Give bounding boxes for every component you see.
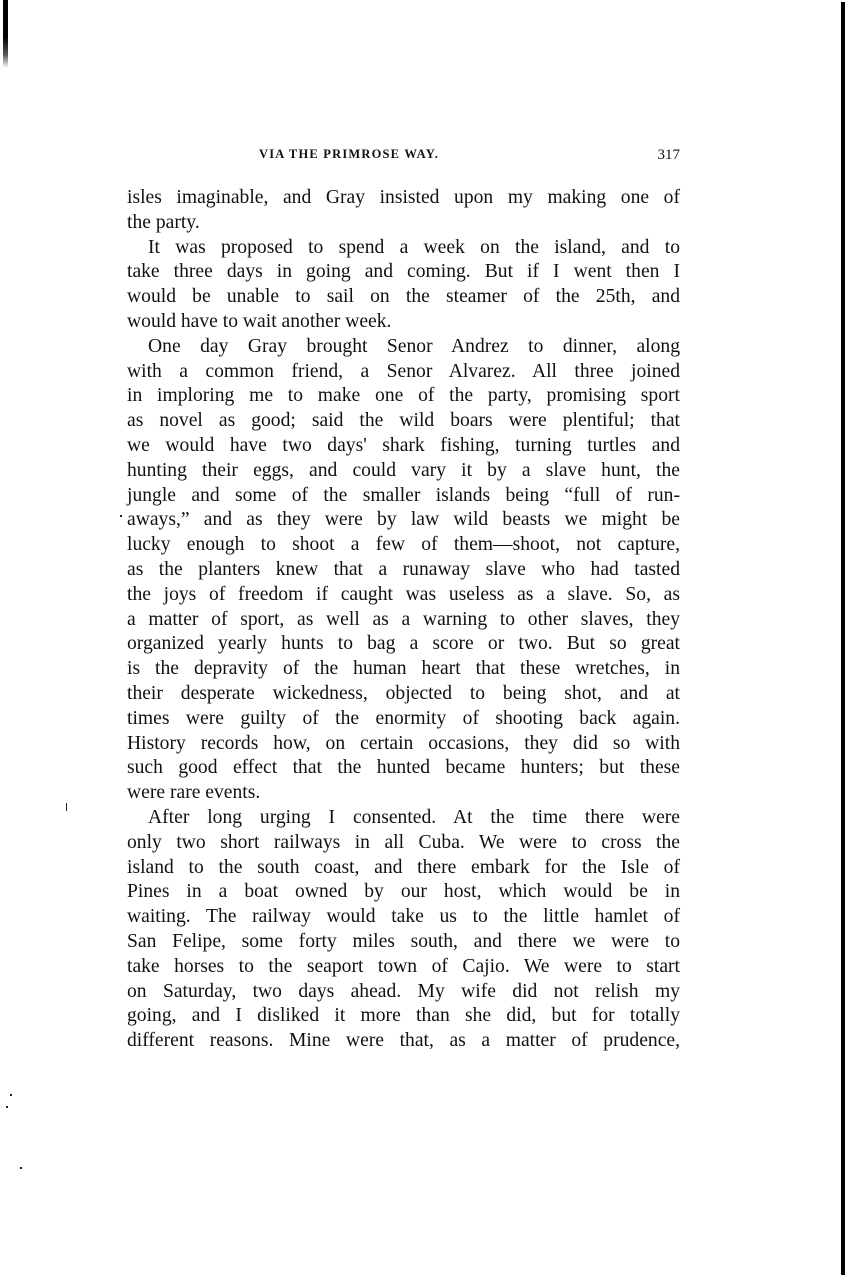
text-line: lucky enough to shoot a few of them—shoo…: [127, 533, 680, 558]
text-line: take three days in going and coming. But…: [127, 260, 680, 285]
text-line: San Felipe, some forty miles south, and …: [127, 930, 680, 955]
scan-speck: [10, 1094, 12, 1096]
text-line: a matter of sport, as well as a warning …: [127, 608, 680, 633]
paragraph-start-line: One day Gray brought Senor Andrez to din…: [127, 335, 680, 360]
text-line: going, and I disliked it more than she d…: [127, 1004, 680, 1029]
scan-page-border: [841, 2, 845, 1275]
text-line: as novel as good; said the wild boars we…: [127, 409, 680, 434]
text-line: in imploring me to make one of the party…: [127, 384, 680, 409]
paragraph-start-line: After long urging I consented. At the ti…: [127, 806, 680, 831]
text-line: times were guilty of the enormity of sho…: [127, 707, 680, 732]
scan-speck: [66, 803, 67, 811]
text-line: would be unable to sail on the steamer o…: [127, 285, 680, 310]
text-line: jungle and some of the smaller islands b…: [127, 484, 680, 509]
paragraph-start-line: It was proposed to spend a week on the i…: [127, 236, 680, 261]
text-line: is the depravity of the human heart that…: [127, 657, 680, 682]
text-line: History records how, on certain occasion…: [127, 732, 680, 757]
scan-edge-mark: [3, 0, 8, 68]
text-line: on Saturday, two days ahead. My wife did…: [127, 980, 680, 1005]
text-line: their desperate wickedness, objected to …: [127, 682, 680, 707]
text-line: isles imaginable, and Gray insisted upon…: [127, 186, 680, 211]
text-line: different reasons. Mine were that, as a …: [127, 1029, 680, 1054]
text-line: as the planters knew that a runaway slav…: [127, 558, 680, 583]
page-number: 317: [658, 147, 681, 164]
running-title: VIA THE PRIMROSE WAY.: [259, 147, 439, 162]
text-line: were rare events.: [127, 781, 680, 806]
text-line: hunting their eggs, and could vary it by…: [127, 459, 680, 484]
text-line: would have to wait another week.: [127, 310, 680, 335]
text-line: island to the south coast, and there emb…: [127, 856, 680, 881]
text-line: take horses to the seaport town of Cajio…: [127, 955, 680, 980]
text-line: we would have two days' shark fishing, t…: [127, 434, 680, 459]
text-line: aways,” and as they were by law wild bea…: [127, 508, 680, 533]
body-text: isles imaginable, and Gray insisted upon…: [127, 186, 680, 1054]
text-line: such good effect that the hunted became …: [127, 756, 680, 781]
text-line: the joys of freedom if caught was useles…: [127, 583, 680, 608]
text-line: organized yearly hunts to bag a score or…: [127, 632, 680, 657]
scan-speck: [6, 1106, 8, 1108]
text-line: with a common friend, a Senor Alvarez. A…: [127, 360, 680, 385]
text-line: waiting. The railway would take us to th…: [127, 905, 680, 930]
scan-speck: [120, 515, 122, 517]
scan-speck: [20, 1167, 22, 1169]
text-line: only two short railways in all Cuba. We …: [127, 831, 680, 856]
running-header: VIA THE PRIMROSE WAY. 317: [127, 147, 680, 167]
text-line: the party.: [127, 211, 680, 236]
text-line: Pines in a boat owned by our host, which…: [127, 880, 680, 905]
